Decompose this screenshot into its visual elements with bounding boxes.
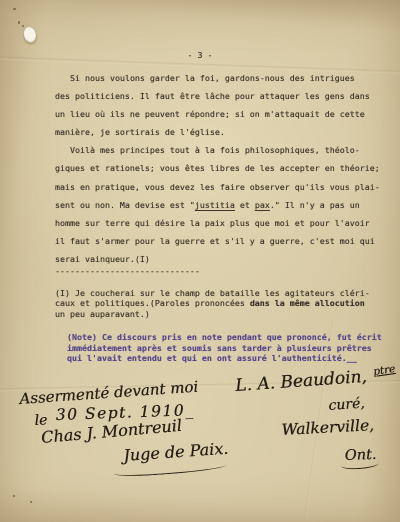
paper-speck [13, 495, 15, 497]
signature-flourish-underline [114, 463, 226, 478]
footnote-line: caux et politiques.(Paroles prononcées d… [55, 298, 385, 308]
devise-pre: sent ou non. Ma devise est " [55, 200, 195, 210]
paragraph2-line: Voilà mes principes tout à la fois philo… [55, 145, 381, 163]
paragraph1-line: manière, je sortirais de l'église. [55, 127, 381, 145]
paper-speck [18, 21, 20, 24]
paragraph1-line: un lieu où ils ne peuvent répondre; si o… [55, 109, 381, 127]
note-line: immédiatement après et soumis sans tarde… [67, 343, 387, 354]
signature-priest: L. A. Beaudoin, [235, 367, 368, 396]
document-page: - 3 - Si nous voulons garder la foi, gar… [0, 0, 400, 522]
devise-line: sent ou non. Ma devise est "justitia et … [55, 200, 381, 218]
note-line: (Note) Ce discours pris en note pendant … [67, 332, 387, 343]
paragraph2-line: mais en pratique, vous devez les faire o… [55, 182, 381, 200]
handwritten-title-cure: curé, [328, 396, 365, 414]
devise-motto-pax: pax [255, 200, 270, 210]
handwritten-date-prefix: le [34, 412, 48, 429]
handwritten-place-walkerville: Walkerville, [281, 416, 374, 439]
note-line: qui l'avait entendu et qui en ont assuré… [67, 353, 387, 364]
footnote-separator: ----------------------------- [55, 266, 200, 276]
footnote-line: (I) Je coucherai sur le champ de bataill… [55, 288, 385, 298]
paragraph2-line: giques et rationels; vous êtes libres de… [55, 163, 381, 181]
footnote-line: un peu auparavant.) [55, 309, 385, 319]
paragraph1-line: des politiciens. Il faut être lâche pour… [55, 91, 381, 109]
devise-motto-justitia: justitia [195, 200, 235, 210]
paper-speck [13, 8, 16, 10]
paper-speck [22, 25, 24, 27]
paragraph2-line: il faut s'armer pour la guerre et s'il y… [55, 236, 381, 254]
handwritten-ptre-abbreviation: ptre [372, 363, 396, 378]
footnote-block: (I) Je coucherai sur le champ de bataill… [55, 288, 385, 319]
page-number: - 3 - [160, 50, 240, 60]
main-text-block: Si nous voulons garder la foi, gardons-n… [55, 73, 381, 272]
footnote-line2-normal: caux et politiques.(Paroles prononcées [55, 298, 250, 308]
note-block: (Note) Ce discours pris en note pendant … [67, 332, 387, 364]
devise-mid: et [235, 200, 255, 210]
footnote-line2-bold: dans la même allocution [250, 298, 365, 308]
punch-hole [22, 26, 38, 44]
paragraph1-line: Si nous voulons garder la foi, gardons-n… [55, 73, 381, 91]
paper-speck [30, 501, 32, 503]
province-flourish-underline [341, 461, 379, 470]
devise-post: ." Il n'y a pas un [270, 200, 360, 210]
handwritten-title-juge-de-paix: Juge de Paix. [123, 439, 229, 465]
paragraph2-line: homme sur terre qui désire la paix plus … [55, 218, 381, 236]
